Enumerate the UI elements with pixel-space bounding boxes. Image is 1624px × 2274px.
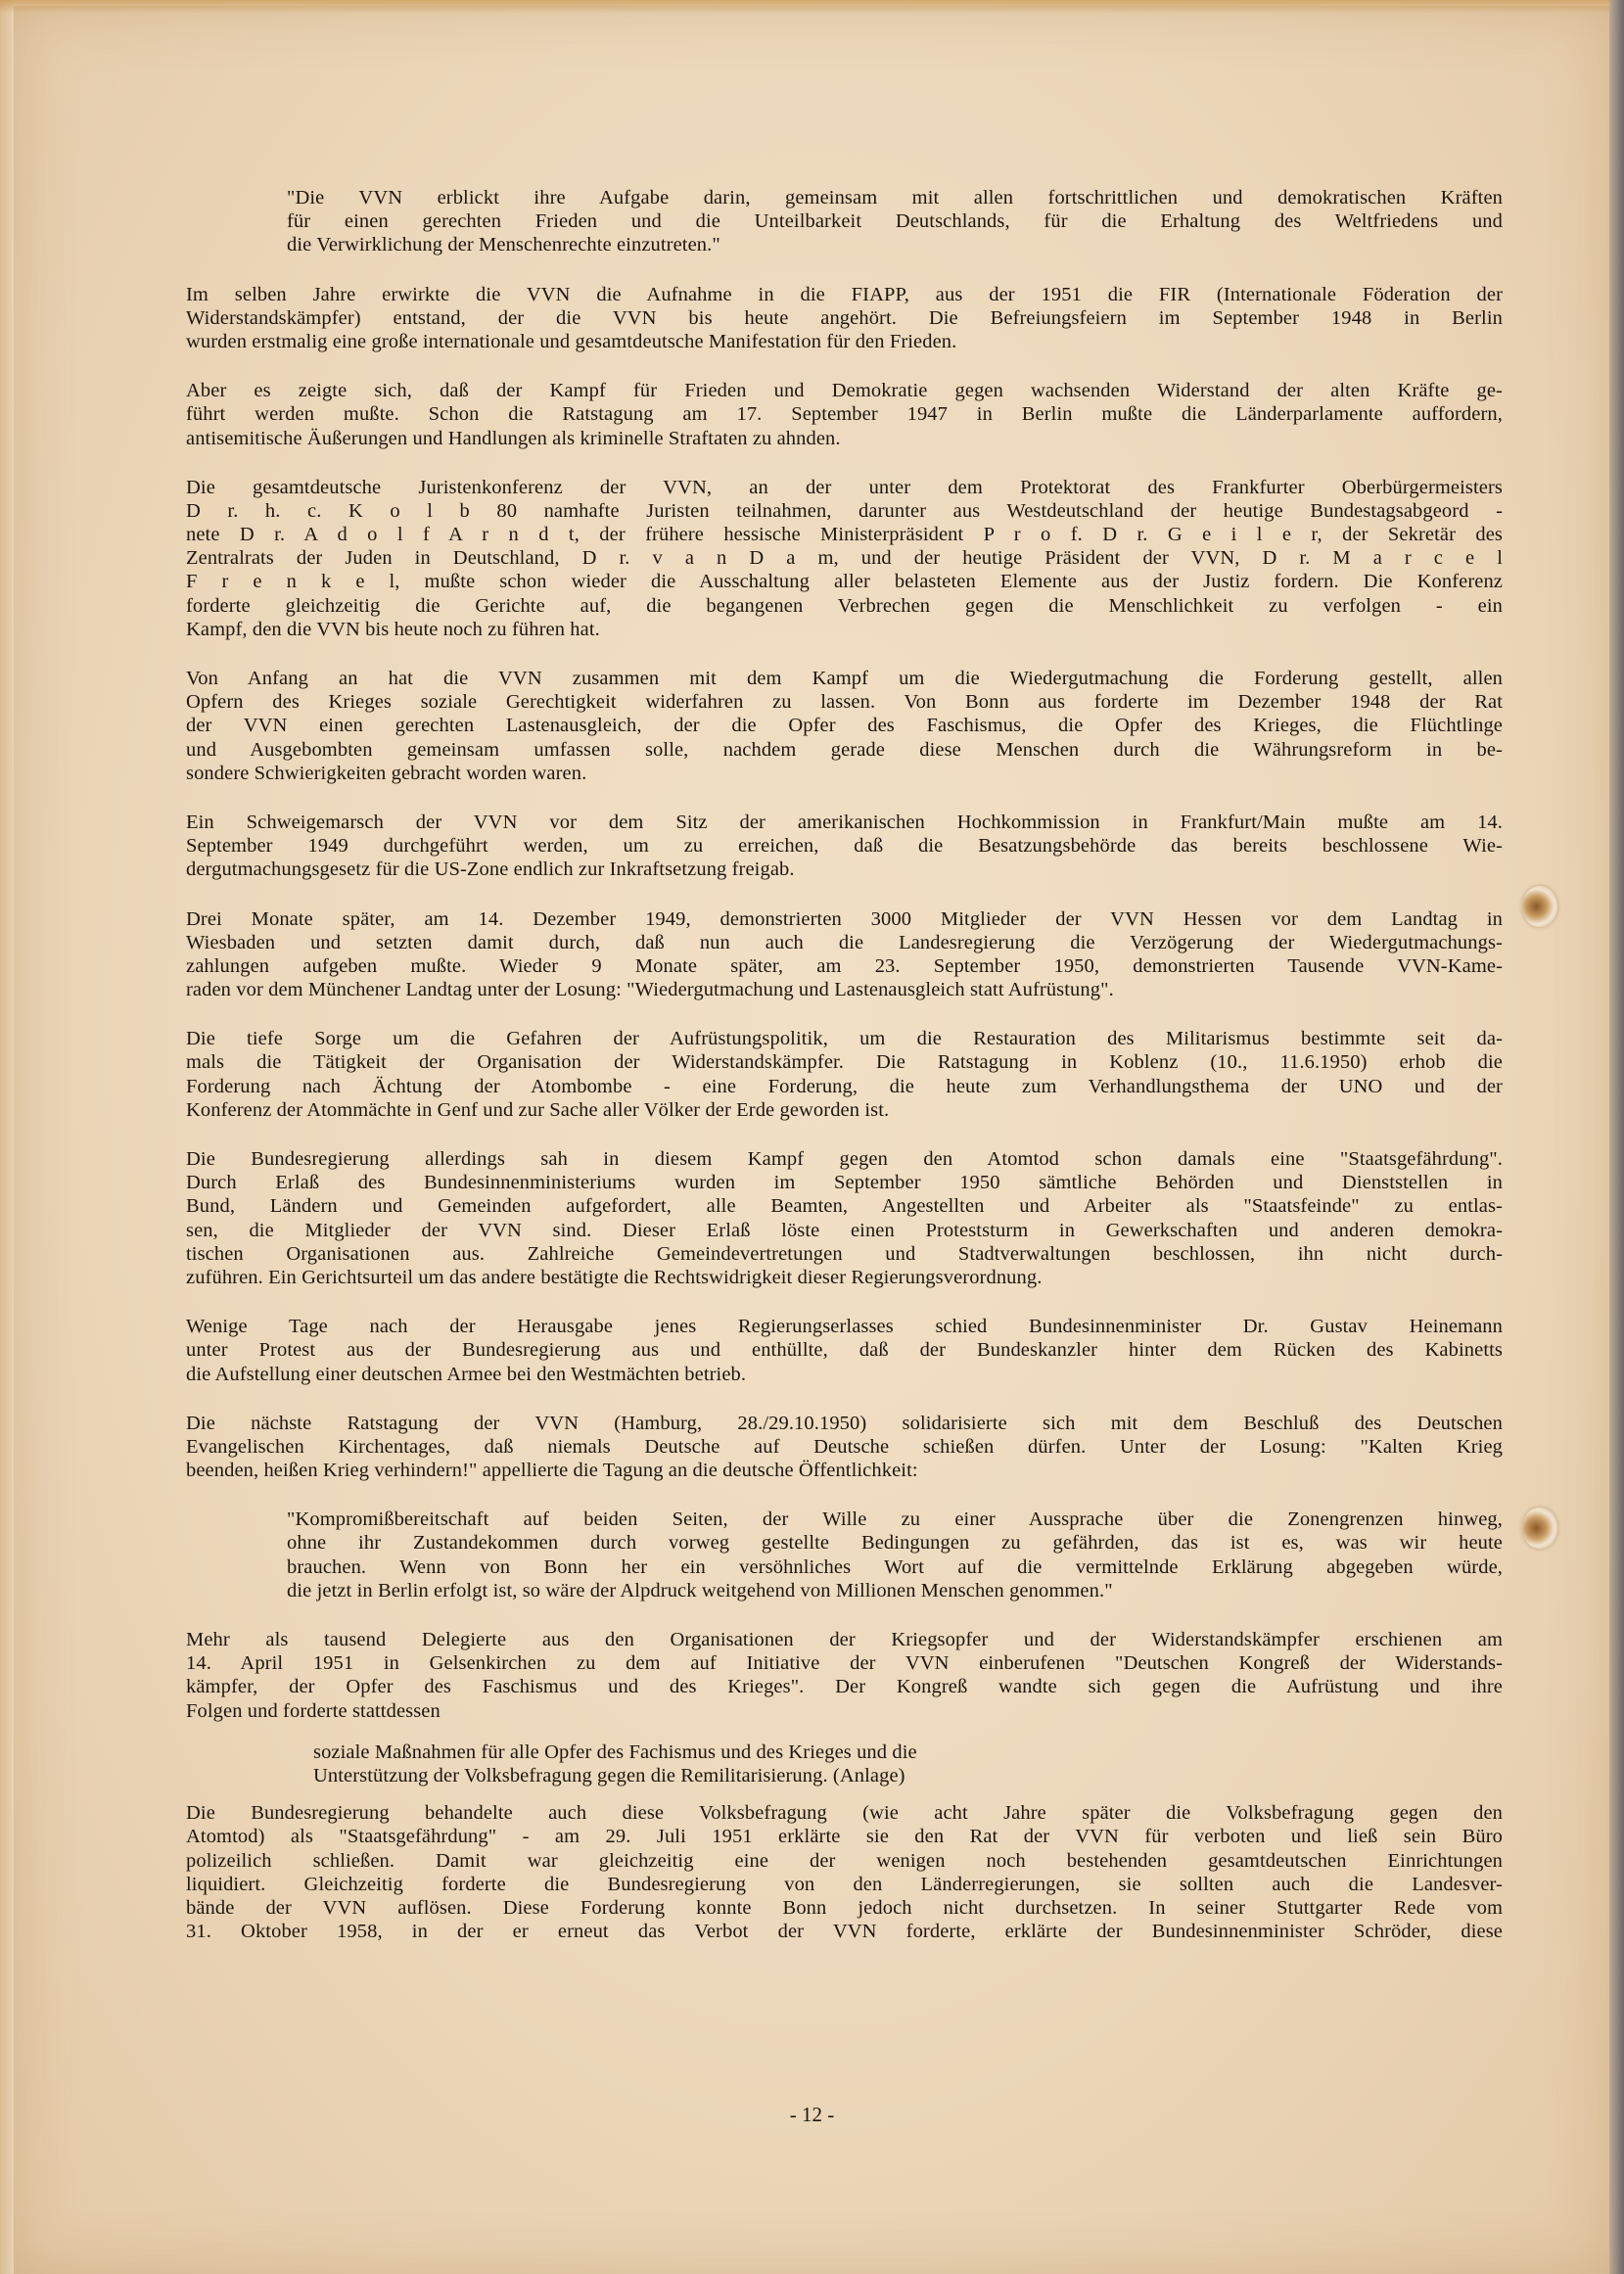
- paragraph: Im selben Jahre erwirkte die VVN die Auf…: [186, 283, 1503, 354]
- page-number: - 12 -: [0, 2103, 1624, 2127]
- text-line: antisemitische Äußerungen und Handlungen…: [186, 427, 1503, 450]
- text-line: D r. h. c. K o l b 80 namhafte Juristen …: [186, 499, 1503, 523]
- text-line: die jetzt in Berlin erfolgt ist, so wäre…: [287, 1579, 1503, 1602]
- document-body: "Die VVN erblickt ihre Aufgabe darin, ge…: [186, 186, 1503, 1969]
- paragraph: Die tiefe Sorge um die Gefahren der Aufr…: [186, 1027, 1503, 1122]
- text-line: forderte gleichzeitig die Gerichte auf, …: [186, 594, 1503, 618]
- text-line: beenden, heißen Krieg verhindern!" appel…: [186, 1459, 1503, 1482]
- text-line: Die Bundesregierung behandelte auch dies…: [186, 1801, 1503, 1825]
- block-quote: "Kompromißbereitschaft auf beiden Seiten…: [186, 1508, 1503, 1602]
- text-line: Mehr als tausend Delegierte aus den Orga…: [186, 1628, 1503, 1651]
- text-line: Aber es zeigte sich, daß der Kampf für F…: [186, 379, 1503, 402]
- text-line: F r e n k e l, mußte schon wieder die Au…: [186, 570, 1503, 593]
- text-line: Forderung nach Ächtung der Atombombe - e…: [186, 1075, 1503, 1098]
- top-stain: [0, 0, 1624, 14]
- text-line: Wenige Tage nach der Herausgabe jenes Re…: [186, 1315, 1503, 1338]
- text-line: Durch Erlaß des Bundesinnenministeriums …: [186, 1171, 1503, 1194]
- text-line: Die gesamtdeutsche Juristenkonferenz der…: [186, 476, 1503, 499]
- text-line: und Ausgebombten gemeinsam umfassen soll…: [186, 738, 1503, 762]
- text-line: die Aufstellung einer deutschen Armee be…: [186, 1363, 1503, 1386]
- text-line: Widerstandskämpfer) entstand, der die VV…: [186, 306, 1503, 330]
- paragraph: Wenige Tage nach der Herausgabe jenes Re…: [186, 1315, 1503, 1386]
- text-line: Die Bundesregierung allerdings sah in di…: [186, 1147, 1503, 1171]
- text-line: liquidiert. Gleichzeitig forderte die Bu…: [186, 1873, 1503, 1896]
- paragraph: Drei Monate später, am 14. Dezember 1949…: [186, 907, 1503, 1002]
- text-line: sondere Schwierigkeiten gebracht worden …: [186, 762, 1503, 785]
- block-quote: "Die VVN erblickt ihre Aufgabe darin, ge…: [186, 186, 1503, 257]
- text-line: Unterstützung der Volksbefragung gegen d…: [313, 1764, 1503, 1787]
- page-edge-left: [0, 0, 14, 2274]
- text-line: Opfern des Krieges soziale Gerechtigkeit…: [186, 690, 1503, 714]
- text-line: Folgen und forderte stattdessen: [186, 1699, 1503, 1723]
- text-line: polizeilich schließen. Damit war gleichz…: [186, 1849, 1503, 1873]
- text-line: Bund, Ländern und Gemeinden aufgefordert…: [186, 1194, 1503, 1218]
- text-line: zahlungen aufgeben mußte. Wieder 9 Monat…: [186, 954, 1503, 978]
- paragraph: Ein Schweigemarsch der VVN vor dem Sitz …: [186, 811, 1503, 882]
- text-line: Die tiefe Sorge um die Gefahren der Aufr…: [186, 1027, 1503, 1050]
- paragraph: Die Bundesregierung behandelte auch dies…: [186, 1801, 1503, 1943]
- text-line: Im selben Jahre erwirkte die VVN die Auf…: [186, 283, 1503, 306]
- text-line: raden vor dem Münchener Landtag unter de…: [186, 978, 1503, 1001]
- demand-list: soziale Maßnahmen für alle Opfer des Fac…: [186, 1740, 1503, 1787]
- paragraph: Mehr als tausend Delegierte aus den Orga…: [186, 1628, 1503, 1723]
- paragraph: Aber es zeigte sich, daß der Kampf für F…: [186, 379, 1503, 450]
- text-line: Evangelischen Kirchentages, daß niemals …: [186, 1435, 1503, 1459]
- text-line: brauchen. Wenn von Bonn her ein versöhnl…: [287, 1555, 1503, 1579]
- punch-hole-icon: [1522, 1508, 1557, 1549]
- text-line: Wiesbaden und setzten damit durch, daß n…: [186, 931, 1503, 954]
- page-edge-right: [1609, 0, 1624, 2274]
- text-line: für einen gerechten Frieden und die Unte…: [287, 209, 1503, 233]
- text-line: sen, die Mitglieder der VVN sind. Dieser…: [186, 1219, 1503, 1242]
- text-line: die Verwirklichung der Menschenrechte ei…: [287, 233, 1503, 256]
- text-line: kämpfer, der Opfer des Faschismus und de…: [186, 1675, 1503, 1698]
- text-line: Kampf, den die VVN bis heute noch zu füh…: [186, 618, 1503, 641]
- text-line: September 1949 durchgeführt werden, um z…: [186, 834, 1503, 858]
- text-line: mals die Tätigkeit der Organisation der …: [186, 1050, 1503, 1074]
- text-line: Atomtod) als "Staatsgefährdung" - am 29.…: [186, 1825, 1503, 1848]
- text-line: Ein Schweigemarsch der VVN vor dem Sitz …: [186, 811, 1503, 834]
- paragraph: Die gesamtdeutsche Juristenkonferenz der…: [186, 476, 1503, 641]
- text-line: zuführen. Ein Gerichtsurteil um das ande…: [186, 1266, 1503, 1289]
- text-line: führt werden mußte. Schon die Ratstagung…: [186, 402, 1503, 426]
- text-line: der VVN einen gerechten Lastenausgleich,…: [186, 714, 1503, 737]
- text-line: Die nächste Ratstagung der VVN (Hamburg,…: [186, 1412, 1503, 1435]
- text-line: unter Protest aus der Bundesregierung au…: [186, 1338, 1503, 1362]
- text-line: nete D r. A d o l f A r n d t, der frühe…: [186, 523, 1503, 546]
- punch-hole-icon: [1522, 886, 1557, 927]
- paragraph: Die Bundesregierung allerdings sah in di…: [186, 1147, 1503, 1289]
- text-line: Drei Monate später, am 14. Dezember 1949…: [186, 907, 1503, 931]
- text-line: Von Anfang an hat die VVN zusammen mit d…: [186, 667, 1503, 690]
- text-line: "Die VVN erblickt ihre Aufgabe darin, ge…: [287, 186, 1503, 209]
- text-line: bände der VVN auflösen. Diese Forderung …: [186, 1896, 1503, 1920]
- text-line: Konferenz der Atommächte in Genf und zur…: [186, 1098, 1503, 1122]
- text-line: 31. Oktober 1958, in der er erneut das V…: [186, 1920, 1503, 1943]
- text-line: 14. April 1951 in Gelsenkirchen zu dem a…: [186, 1651, 1503, 1675]
- paragraph: Die nächste Ratstagung der VVN (Hamburg,…: [186, 1412, 1503, 1483]
- text-line: wurden erstmalig eine große internationa…: [186, 330, 1503, 353]
- text-line: soziale Maßnahmen für alle Opfer des Fac…: [313, 1740, 1503, 1764]
- text-line: "Kompromißbereitschaft auf beiden Seiten…: [287, 1508, 1503, 1531]
- paragraph: Von Anfang an hat die VVN zusammen mit d…: [186, 667, 1503, 785]
- text-line: dergutmachungsgesetz für die US-Zone end…: [186, 858, 1503, 881]
- text-line: ohne ihr Zustandekommen durch vorweg ges…: [287, 1531, 1503, 1555]
- text-line: tischen Organisationen aus. Zahlreiche G…: [186, 1242, 1503, 1266]
- text-line: Zentralrats der Juden in Deutschland, D …: [186, 546, 1503, 570]
